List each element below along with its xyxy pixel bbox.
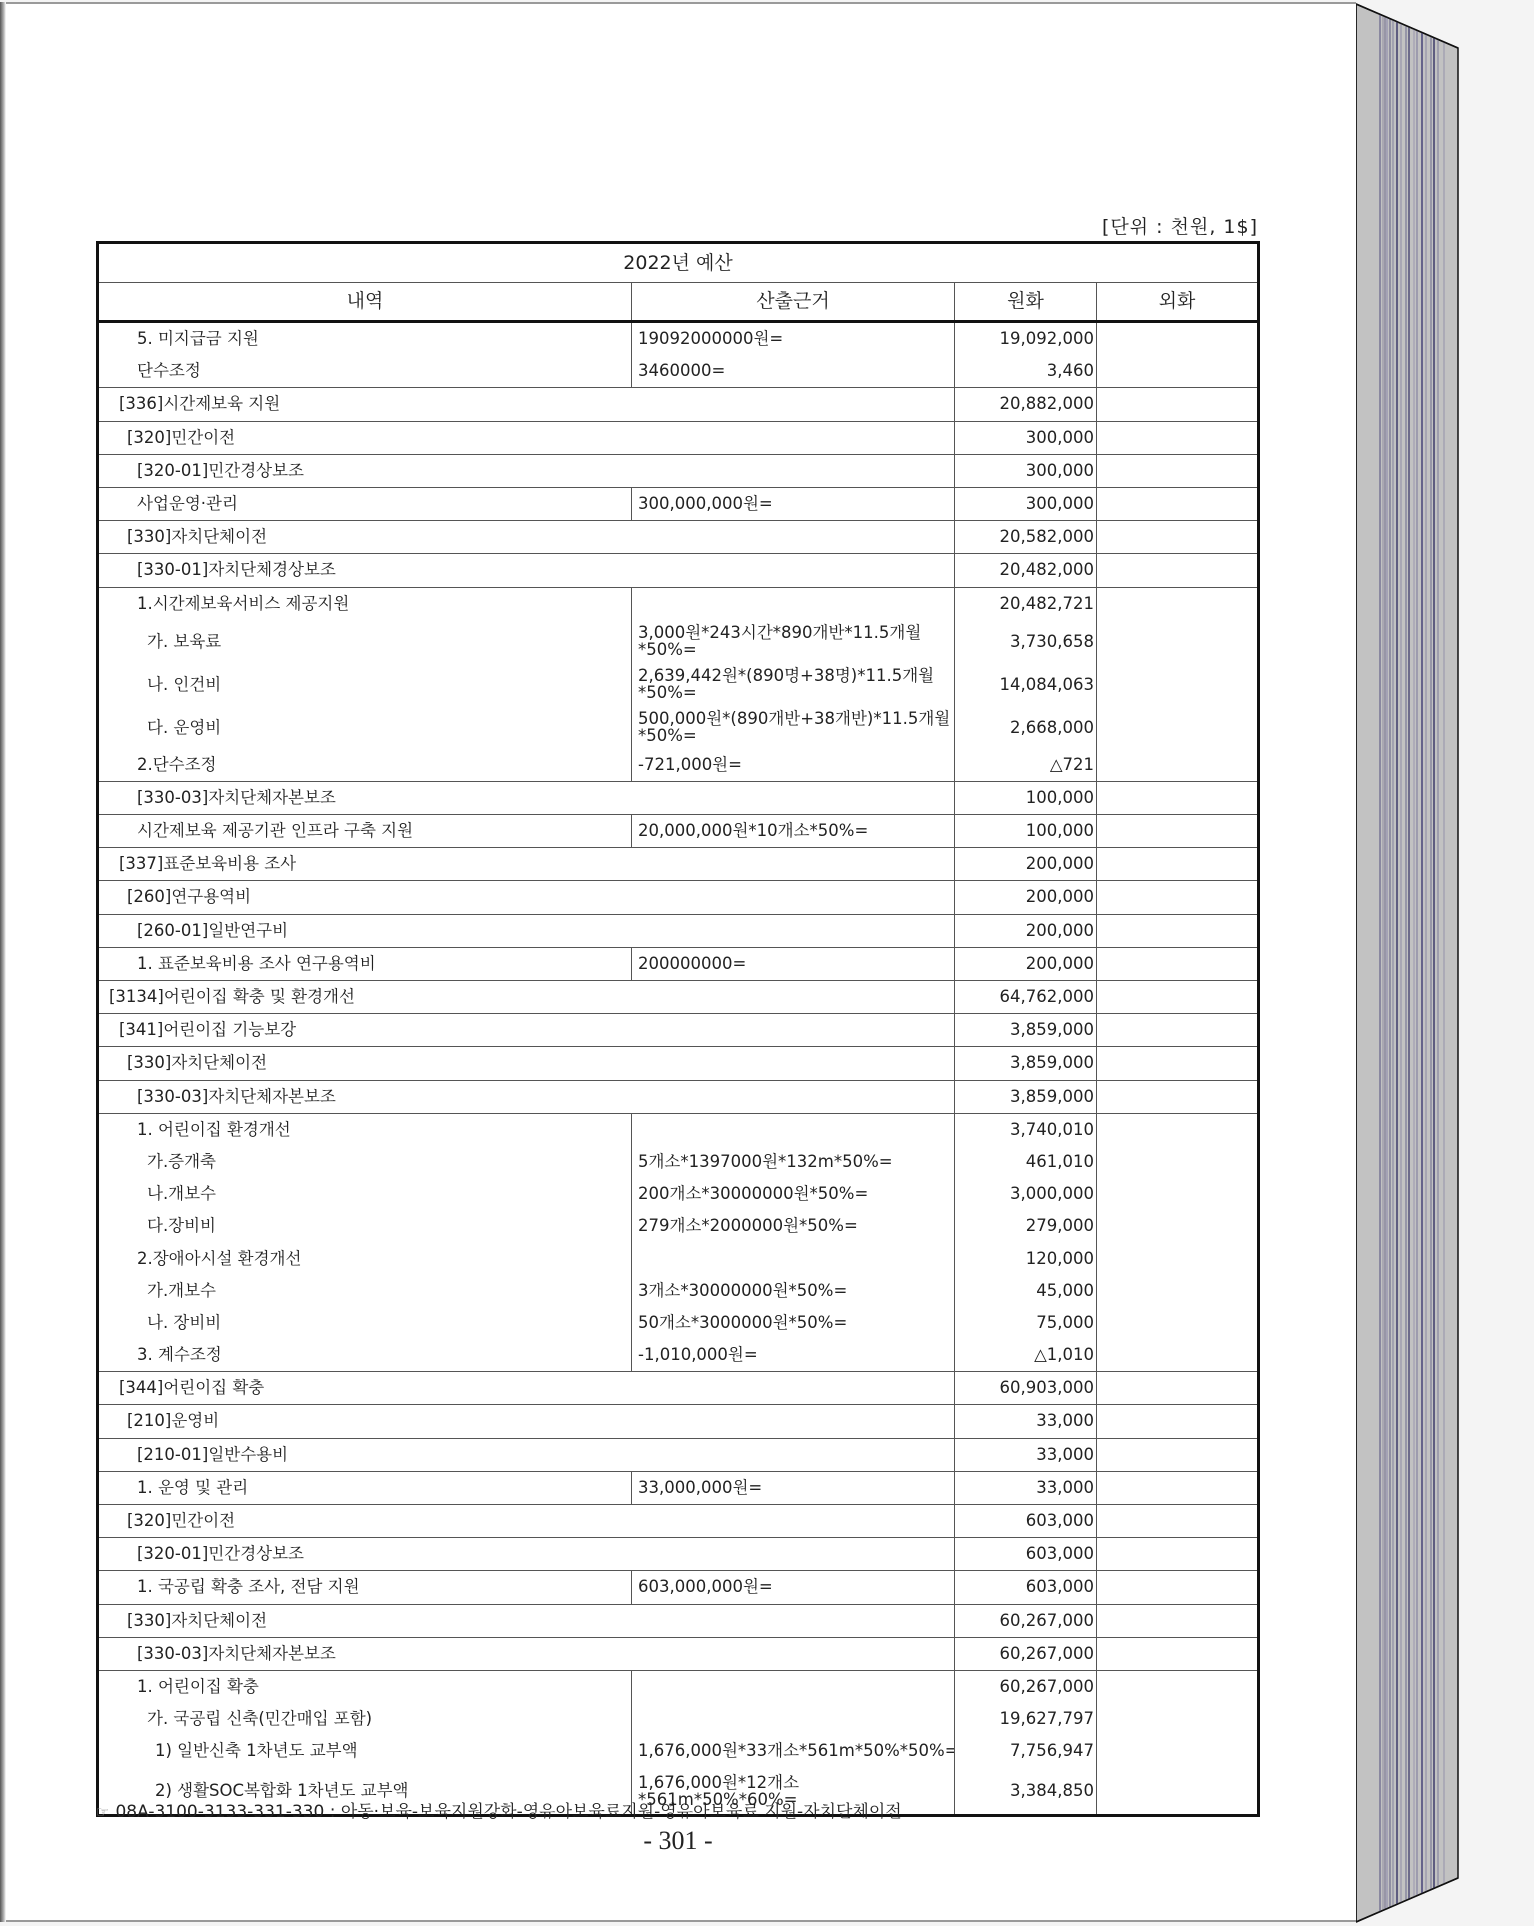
foreign-currency-text <box>1097 749 1257 781</box>
krw-amount-cell: 20,482,000 <box>955 554 1097 586</box>
krw-amount-text: 603,000 <box>955 1505 1096 1537</box>
krw-amount-text: 200,000 <box>955 948 1096 980</box>
foreign-currency-text <box>1097 1439 1257 1471</box>
foreign-currency-cell <box>1097 948 1257 980</box>
foreign-currency-text <box>1097 1339 1257 1371</box>
foreign-currency-cell <box>1097 422 1257 454</box>
description-text: 2.장애아시설 환경개선 <box>99 1243 631 1275</box>
foreign-currency-cell <box>1097 1014 1257 1046</box>
description-cell: [320]민간이전 <box>99 422 955 454</box>
foreign-currency-text <box>1097 521 1257 553</box>
krw-amount-text: 3,460 <box>955 355 1096 387</box>
footnote: ☞08A-3100-3133-331-330 : 아동·보육-보육지원강화-영유… <box>96 1797 902 1822</box>
foreign-currency-text <box>1097 1605 1257 1637</box>
description-text: 1.시간제보육서비스 제공지원 <box>99 588 631 620</box>
description-text: [260]연구용역비 <box>99 881 954 913</box>
book-page-stack <box>1356 2 1460 1924</box>
foreign-currency-text <box>1097 1047 1257 1079</box>
krw-amount-text: 279,000 <box>955 1210 1096 1242</box>
calculation-basis-text <box>632 1114 954 1146</box>
calculation-basis-text: 5개소*1397000원*132m*50%= <box>632 1146 954 1178</box>
foreign-currency-cell <box>1097 815 1257 847</box>
foreign-currency-text <box>1097 1146 1257 1178</box>
krw-amount-text: 3,740,010 <box>955 1114 1096 1146</box>
description-text: [330]자치단체이전 <box>99 521 954 553</box>
calculation-basis-text: 3개소*30000000원*50%= <box>632 1275 954 1307</box>
krw-amount-text: 60,267,000 <box>955 1671 1096 1703</box>
krw-amount-text: △721 <box>955 749 1096 781</box>
table-row: [330-03]자치단체자본보조3,859,000 <box>99 1080 1257 1113</box>
foreign-currency-cell <box>1097 1081 1257 1113</box>
calculation-basis-cell: 200000000= <box>632 948 955 980</box>
krw-amount-cell: 60,267,00019,627,7977,756,9473,384,850 <box>955 1671 1097 1814</box>
foreign-currency-cell <box>1097 782 1257 814</box>
foreign-currency-cell <box>1097 1472 1257 1504</box>
description-cell: [330]자치단체이전 <box>99 521 955 553</box>
calculation-basis-text: 2,639,442원*(890명+38명)*11.5개월*50%= <box>632 663 954 706</box>
table-row: [3134]어린이집 확충 및 환경개선64,762,000 <box>99 980 1257 1013</box>
table-row: [330]자치단체이전60,267,000 <box>99 1604 1257 1637</box>
foreign-currency-text <box>1097 1571 1257 1603</box>
description-text: 1. 어린이집 확충 <box>99 1671 631 1703</box>
table-row: 1. 운영 및 관리33,000,000원=33,000 <box>99 1471 1257 1504</box>
description-cell: [341]어린이집 기능보강 <box>99 1014 955 1046</box>
description-text: 나.개보수 <box>99 1178 631 1210</box>
krw-amount-text: 45,000 <box>955 1275 1096 1307</box>
krw-amount-text: 100,000 <box>955 815 1096 847</box>
description-cell: [260]연구용역비 <box>99 881 955 913</box>
krw-amount-cell: 33,000 <box>955 1405 1097 1437</box>
krw-amount-text: 19,092,000 <box>955 323 1096 355</box>
table-row: 1.시간제보육서비스 제공지원가. 보육료나. 인건비다. 운영비2.단수조정3… <box>99 587 1257 781</box>
foreign-currency-cell <box>1097 388 1257 420</box>
foreign-currency-cell <box>1097 1372 1257 1404</box>
krw-amount-cell: 20,582,000 <box>955 521 1097 553</box>
calculation-basis-text: 33,000,000원= <box>632 1472 954 1504</box>
description-cell: [330]자치단체이전 <box>99 1047 955 1079</box>
krw-amount-text: 200,000 <box>955 881 1096 913</box>
krw-amount-text: 33,000 <box>955 1405 1096 1437</box>
foreign-currency-text <box>1097 554 1257 586</box>
table-row: [330]자치단체이전20,582,000 <box>99 520 1257 553</box>
description-text: [210]운영비 <box>99 1405 954 1437</box>
foreign-currency-cell <box>1097 881 1257 913</box>
description-text: [320-01]민간경상보조 <box>99 455 954 487</box>
foreign-currency-cell <box>1097 1638 1257 1670</box>
description-text: [320]민간이전 <box>99 422 954 454</box>
description-cell: [320-01]민간경상보조 <box>99 1538 955 1570</box>
calculation-basis-text: 3,000원*243시간*890개반*11.5개월*50%= <box>632 620 954 663</box>
foreign-currency-text <box>1097 422 1257 454</box>
foreign-currency-cell <box>1097 1114 1257 1372</box>
footnote-text: 08A-3100-3133-331-330 : 아동·보육-보육지원강화-영유아… <box>115 1802 901 1822</box>
table-row: 시간제보육 제공기관 인프라 구축 지원20,000,000원*10개소*50%… <box>99 814 1257 847</box>
table-row: [330]자치단체이전3,859,000 <box>99 1046 1257 1079</box>
calculation-basis-text: 3460000= <box>632 355 954 387</box>
description-text: 나. 인건비 <box>99 663 631 706</box>
krw-amount-text: 64,762,000 <box>955 981 1096 1013</box>
krw-amount-text: 2,668,000 <box>955 706 1096 749</box>
description-text: 가. 국공립 신축(민간매입 포함) <box>99 1703 631 1735</box>
table-row: [330-03]자치단체자본보조60,267,000 <box>99 1637 1257 1670</box>
description-cell: 사업운영·관리 <box>99 488 632 520</box>
description-text: [341]어린이집 기능보강 <box>99 1014 954 1046</box>
calculation-basis-cell: 300,000,000원= <box>632 488 955 520</box>
calculation-basis-text: 500,000원*(890개반+38개반)*11.5개월*50%= <box>632 706 954 749</box>
foreign-currency-cell <box>1097 455 1257 487</box>
krw-amount-cell: 3,859,000 <box>955 1014 1097 1046</box>
foreign-currency-text <box>1097 1178 1257 1210</box>
krw-amount-text: 603,000 <box>955 1538 1096 1570</box>
krw-amount-text: 3,384,850 <box>955 1768 1096 1814</box>
description-cell: [210-01]일반수용비 <box>99 1439 955 1471</box>
table-row: [337]표준보육비용 조사200,000 <box>99 847 1257 880</box>
krw-amount-cell: 19,092,0003,460 <box>955 323 1097 387</box>
krw-amount-text: 33,000 <box>955 1439 1096 1471</box>
description-text: [210-01]일반수용비 <box>99 1439 954 1471</box>
foreign-currency-text <box>1097 1505 1257 1537</box>
calculation-basis-text: 603,000,000원= <box>632 1571 954 1603</box>
krw-amount-cell: 200,000 <box>955 881 1097 913</box>
description-cell: 5. 미지급금 지원단수조정 <box>99 323 632 387</box>
description-cell: [330-01]자치단체경상보조 <box>99 554 955 586</box>
foreign-currency-cell <box>1097 554 1257 586</box>
description-text: [330-03]자치단체자본보조 <box>99 782 954 814</box>
krw-amount-cell: 3,740,010461,0103,000,000279,000120,0004… <box>955 1114 1097 1372</box>
krw-amount-text: 60,903,000 <box>955 1372 1096 1404</box>
foreign-currency-cell <box>1097 323 1257 387</box>
krw-amount-cell: 100,000 <box>955 782 1097 814</box>
description-text: 1) 일반신축 1차년도 교부액 <box>99 1735 631 1767</box>
description-text: 시간제보육 제공기관 인프라 구축 지원 <box>99 815 631 847</box>
krw-amount-cell: 603,000 <box>955 1571 1097 1603</box>
krw-amount-cell: 300,000 <box>955 488 1097 520</box>
foreign-currency-text <box>1097 588 1257 620</box>
krw-amount-cell: 3,859,000 <box>955 1081 1097 1113</box>
foreign-currency-cell <box>1097 488 1257 520</box>
description-text: 1. 어린이집 환경개선 <box>99 1114 631 1146</box>
table-row: [330-01]자치단체경상보조20,482,000 <box>99 553 1257 586</box>
description-text: 가.증개축 <box>99 1146 631 1178</box>
krw-amount-text: 461,010 <box>955 1146 1096 1178</box>
foreign-currency-cell <box>1097 1571 1257 1603</box>
table-row: [210-01]일반수용비33,000 <box>99 1438 1257 1471</box>
description-text: 2.단수조정 <box>99 749 631 781</box>
foreign-currency-text <box>1097 881 1257 913</box>
description-text: [330]자치단체이전 <box>99 1605 954 1637</box>
table-row: [320-01]민간경상보조300,000 <box>99 454 1257 487</box>
calculation-basis-text: 19092000000원= <box>632 323 954 355</box>
foreign-currency-text <box>1097 1014 1257 1046</box>
calculation-basis-text: -1,010,000원= <box>632 1339 954 1371</box>
header-description: 내역 <box>99 283 632 320</box>
krw-amount-text: 200,000 <box>955 848 1096 880</box>
description-text: 단수조정 <box>99 355 631 387</box>
description-text: 5. 미지급금 지원 <box>99 323 631 355</box>
description-cell: [260-01]일반연구비 <box>99 915 955 947</box>
krw-amount-text: 3,859,000 <box>955 1047 1096 1079</box>
description-text: [3134]어린이집 확충 및 환경개선 <box>99 981 954 1013</box>
krw-amount-cell: 60,267,000 <box>955 1638 1097 1670</box>
table-title-row: 2022년 예산 <box>99 244 1257 282</box>
description-text: [330-03]자치단체자본보조 <box>99 1638 954 1670</box>
foreign-currency-text <box>1097 1671 1257 1703</box>
foreign-currency-text <box>1097 1210 1257 1242</box>
krw-amount-text: 20,482,721 <box>955 588 1096 620</box>
calculation-basis-text: 279개소*2000000원*50%= <box>632 1210 954 1242</box>
description-cell: [337]표준보육비용 조사 <box>99 848 955 880</box>
description-cell: 시간제보육 제공기관 인프라 구축 지원 <box>99 815 632 847</box>
krw-amount-text: △1,010 <box>955 1339 1096 1371</box>
krw-amount-text: 19,627,797 <box>955 1703 1096 1735</box>
description-text: [320-01]민간경상보조 <box>99 1538 954 1570</box>
krw-amount-text: 300,000 <box>955 455 1096 487</box>
krw-amount-text: 100,000 <box>955 782 1096 814</box>
foreign-currency-text <box>1097 981 1257 1013</box>
krw-amount-text: 3,859,000 <box>955 1014 1096 1046</box>
table-row: [341]어린이집 기능보강3,859,000 <box>99 1013 1257 1046</box>
foreign-currency-text <box>1097 323 1257 355</box>
table-row: 1. 어린이집 확충가. 국공립 신축(민간매입 포함)1) 일반신축 1차년도… <box>99 1670 1257 1814</box>
description-text: 3. 계수조정 <box>99 1339 631 1371</box>
krw-amount-text: 20,582,000 <box>955 521 1096 553</box>
foreign-currency-cell <box>1097 588 1257 781</box>
table-row: 1. 어린이집 환경개선가.증개축나.개보수다.장비비2.장애아시설 환경개선가… <box>99 1113 1257 1372</box>
foreign-currency-text <box>1097 848 1257 880</box>
krw-amount-text: 60,267,000 <box>955 1638 1096 1670</box>
foreign-currency-text <box>1097 815 1257 847</box>
description-text: [344]어린이집 확충 <box>99 1372 954 1404</box>
calculation-basis-text: 20,000,000원*10개소*50%= <box>632 815 954 847</box>
krw-amount-text: 60,267,000 <box>955 1605 1096 1637</box>
table-row: 사업운영·관리300,000,000원=300,000 <box>99 487 1257 520</box>
foreign-currency-text <box>1097 706 1257 749</box>
description-text: 1. 표준보육비용 조사 연구용역비 <box>99 948 631 980</box>
foreign-currency-cell <box>1097 1605 1257 1637</box>
pointing-hand-icon: ☞ <box>96 1803 109 1821</box>
description-cell: [330-03]자치단체자본보조 <box>99 1081 955 1113</box>
calculation-basis-text <box>632 1671 954 1703</box>
calculation-basis-text: -721,000원= <box>632 749 954 781</box>
krw-amount-cell: 60,267,000 <box>955 1605 1097 1637</box>
budget-table: 2022년 예산 내역 산출근거 원화 외화 5. 미지급금 지원단수조정190… <box>96 241 1260 1817</box>
krw-amount-text: 300,000 <box>955 422 1096 454</box>
calculation-basis-text: 50개소*3000000원*50%= <box>632 1307 954 1339</box>
calculation-basis-cell: 1,676,000원*33개소*561m*50%*50%=1,676,000원*… <box>632 1671 955 1814</box>
foreign-currency-text <box>1097 782 1257 814</box>
foreign-currency-text <box>1097 1405 1257 1437</box>
description-text: 사업운영·관리 <box>99 488 631 520</box>
foreign-currency-text <box>1097 1307 1257 1339</box>
table-row: 1. 표준보육비용 조사 연구용역비200000000=200,000 <box>99 947 1257 980</box>
krw-amount-text: 200,000 <box>955 915 1096 947</box>
foreign-currency-text <box>1097 388 1257 420</box>
foreign-currency-text <box>1097 948 1257 980</box>
foreign-currency-text <box>1097 915 1257 947</box>
description-text: 다.장비비 <box>99 1210 631 1242</box>
description-text: [260-01]일반연구비 <box>99 915 954 947</box>
krw-amount-cell: 60,903,000 <box>955 1372 1097 1404</box>
foreign-currency-text <box>1097 1538 1257 1570</box>
foreign-currency-cell <box>1097 848 1257 880</box>
foreign-currency-cell <box>1097 1505 1257 1537</box>
krw-amount-text: 20,882,000 <box>955 388 1096 420</box>
krw-amount-text: 3,859,000 <box>955 1081 1096 1113</box>
description-text: [330-03]자치단체자본보조 <box>99 1081 954 1113</box>
krw-amount-text: 120,000 <box>955 1243 1096 1275</box>
description-cell: [320-01]민간경상보조 <box>99 455 955 487</box>
foreign-currency-cell <box>1097 915 1257 947</box>
krw-amount-cell: 300,000 <box>955 455 1097 487</box>
foreign-currency-cell <box>1097 521 1257 553</box>
description-cell: [330]자치단체이전 <box>99 1605 955 1637</box>
foreign-currency-cell <box>1097 1671 1257 1814</box>
calculation-basis-text: 1,676,000원*33개소*561m*50%*50%= <box>632 1735 954 1767</box>
krw-amount-cell: 200,000 <box>955 848 1097 880</box>
table-row: [320]민간이전603,000 <box>99 1504 1257 1537</box>
description-text: [320]민간이전 <box>99 1505 954 1537</box>
krw-amount-text: 33,000 <box>955 1472 1096 1504</box>
description-cell: 1. 국공립 확충 조사, 전담 지원 <box>99 1571 632 1603</box>
krw-amount-cell: 603,000 <box>955 1538 1097 1570</box>
table-header-row: 내역 산출근거 원화 외화 <box>99 282 1257 320</box>
calculation-basis-text <box>632 1243 954 1275</box>
description-text: [336]시간제보육 지원 <box>99 388 954 420</box>
table-row: [260]연구용역비200,000 <box>99 880 1257 913</box>
header-krw: 원화 <box>955 283 1097 320</box>
foreign-currency-text <box>1097 1114 1257 1146</box>
foreign-currency-text <box>1097 620 1257 663</box>
foreign-currency-cell <box>1097 1538 1257 1570</box>
calculation-basis-cell: 3,000원*243시간*890개반*11.5개월*50%=2,639,442원… <box>632 588 955 781</box>
foreign-currency-text <box>1097 1243 1257 1275</box>
table-body: 5. 미지급금 지원단수조정19092000000원=3460000=19,09… <box>99 320 1257 1814</box>
description-cell: 1.시간제보육서비스 제공지원가. 보육료나. 인건비다. 운영비2.단수조정 <box>99 588 632 781</box>
krw-amount-text: 603,000 <box>955 1571 1096 1603</box>
description-cell: 1. 어린이집 확충가. 국공립 신축(민간매입 포함)1) 일반신축 1차년도… <box>99 1671 632 1814</box>
krw-amount-text: 300,000 <box>955 488 1096 520</box>
description-cell: [330-03]자치단체자본보조 <box>99 782 955 814</box>
description-text: 가.개보수 <box>99 1275 631 1307</box>
unit-label: [단위 : 천원, 1$] <box>1102 212 1258 239</box>
foreign-currency-cell <box>1097 1439 1257 1471</box>
foreign-currency-text <box>1097 455 1257 487</box>
calculation-basis-text <box>632 588 954 620</box>
description-text: 1. 운영 및 관리 <box>99 1472 631 1504</box>
table-row: [330-03]자치단체자본보조100,000 <box>99 781 1257 814</box>
page-number: - 301 - <box>0 1826 1356 1856</box>
table-row: [320-01]민간경상보조603,000 <box>99 1537 1257 1570</box>
krw-amount-cell: 33,000 <box>955 1439 1097 1471</box>
description-cell: [330-03]자치단체자본보조 <box>99 1638 955 1670</box>
table-row: 1. 국공립 확충 조사, 전담 지원603,000,000원=603,000 <box>99 1570 1257 1603</box>
foreign-currency-text <box>1097 1472 1257 1504</box>
foreign-currency-cell <box>1097 1047 1257 1079</box>
header-foreign-currency: 외화 <box>1097 283 1257 320</box>
krw-amount-text: 7,756,947 <box>955 1735 1096 1767</box>
krw-amount-text: 3,730,658 <box>955 620 1096 663</box>
foreign-currency-text <box>1097 1275 1257 1307</box>
calculation-basis-cell: 20,000,000원*10개소*50%= <box>632 815 955 847</box>
krw-amount-cell: 200,000 <box>955 915 1097 947</box>
krw-amount-cell: 300,000 <box>955 422 1097 454</box>
table-row: [344]어린이집 확충60,903,000 <box>99 1371 1257 1404</box>
table-row: 5. 미지급금 지원단수조정19092000000원=3460000=19,09… <box>99 320 1257 387</box>
foreign-currency-cell <box>1097 981 1257 1013</box>
table-row: [260-01]일반연구비200,000 <box>99 914 1257 947</box>
description-cell: 1. 표준보육비용 조사 연구용역비 <box>99 948 632 980</box>
calculation-basis-cell: 5개소*1397000원*132m*50%=200개소*30000000원*50… <box>632 1114 955 1372</box>
calculation-basis-cell: 603,000,000원= <box>632 1571 955 1603</box>
foreign-currency-text <box>1097 1372 1257 1404</box>
table-row: [210]운영비33,000 <box>99 1404 1257 1437</box>
description-text: [330-01]자치단체경상보조 <box>99 554 954 586</box>
calculation-basis-text: 300,000,000원= <box>632 488 954 520</box>
krw-amount-cell: 33,000 <box>955 1472 1097 1504</box>
krw-amount-text: 20,482,000 <box>955 554 1096 586</box>
table-title: 2022년 예산 <box>99 244 1257 282</box>
header-calculation-basis: 산출근거 <box>632 283 955 320</box>
description-cell: [336]시간제보육 지원 <box>99 388 955 420</box>
foreign-currency-text <box>1097 488 1257 520</box>
krw-amount-cell: 64,762,000 <box>955 981 1097 1013</box>
page-left-edge <box>0 2 6 1922</box>
calculation-basis-cell: 19092000000원=3460000= <box>632 323 955 387</box>
description-text: 가. 보육료 <box>99 620 631 663</box>
krw-amount-text: 3,000,000 <box>955 1178 1096 1210</box>
foreign-currency-text <box>1097 1703 1257 1735</box>
krw-amount-text: 75,000 <box>955 1307 1096 1339</box>
description-cell: [210]운영비 <box>99 1405 955 1437</box>
krw-amount-text: 14,084,063 <box>955 663 1096 706</box>
description-cell: 1. 운영 및 관리 <box>99 1472 632 1504</box>
description-text: 1. 국공립 확충 조사, 전담 지원 <box>99 1571 631 1603</box>
krw-amount-cell: 100,000 <box>955 815 1097 847</box>
table-row: [320]민간이전300,000 <box>99 421 1257 454</box>
krw-amount-cell: 3,859,000 <box>955 1047 1097 1079</box>
table-row: [336]시간제보육 지원20,882,000 <box>99 387 1257 420</box>
foreign-currency-text <box>1097 1735 1257 1767</box>
foreign-currency-cell <box>1097 1405 1257 1437</box>
description-cell: [3134]어린이집 확충 및 환경개선 <box>99 981 955 1013</box>
description-cell: [344]어린이집 확충 <box>99 1372 955 1404</box>
description-cell: [320]민간이전 <box>99 1505 955 1537</box>
description-text: 나. 장비비 <box>99 1307 631 1339</box>
krw-amount-cell: 603,000 <box>955 1505 1097 1537</box>
description-cell: 1. 어린이집 환경개선가.증개축나.개보수다.장비비2.장애아시설 환경개선가… <box>99 1114 632 1372</box>
calculation-basis-cell: 33,000,000원= <box>632 1472 955 1504</box>
calculation-basis-text: 200개소*30000000원*50%= <box>632 1178 954 1210</box>
calculation-basis-text <box>632 1703 954 1735</box>
foreign-currency-text <box>1097 1768 1257 1814</box>
description-text: [330]자치단체이전 <box>99 1047 954 1079</box>
krw-amount-cell: 20,882,000 <box>955 388 1097 420</box>
foreign-currency-text <box>1097 1081 1257 1113</box>
description-text: 다. 운영비 <box>99 706 631 749</box>
krw-amount-cell: 200,000 <box>955 948 1097 980</box>
krw-amount-cell: 20,482,7213,730,65814,084,0632,668,000△7… <box>955 588 1097 781</box>
calculation-basis-text: 200000000= <box>632 948 954 980</box>
foreign-currency-text <box>1097 663 1257 706</box>
foreign-currency-text <box>1097 1638 1257 1670</box>
foreign-currency-text <box>1097 355 1257 387</box>
description-text: [337]표준보육비용 조사 <box>99 848 954 880</box>
